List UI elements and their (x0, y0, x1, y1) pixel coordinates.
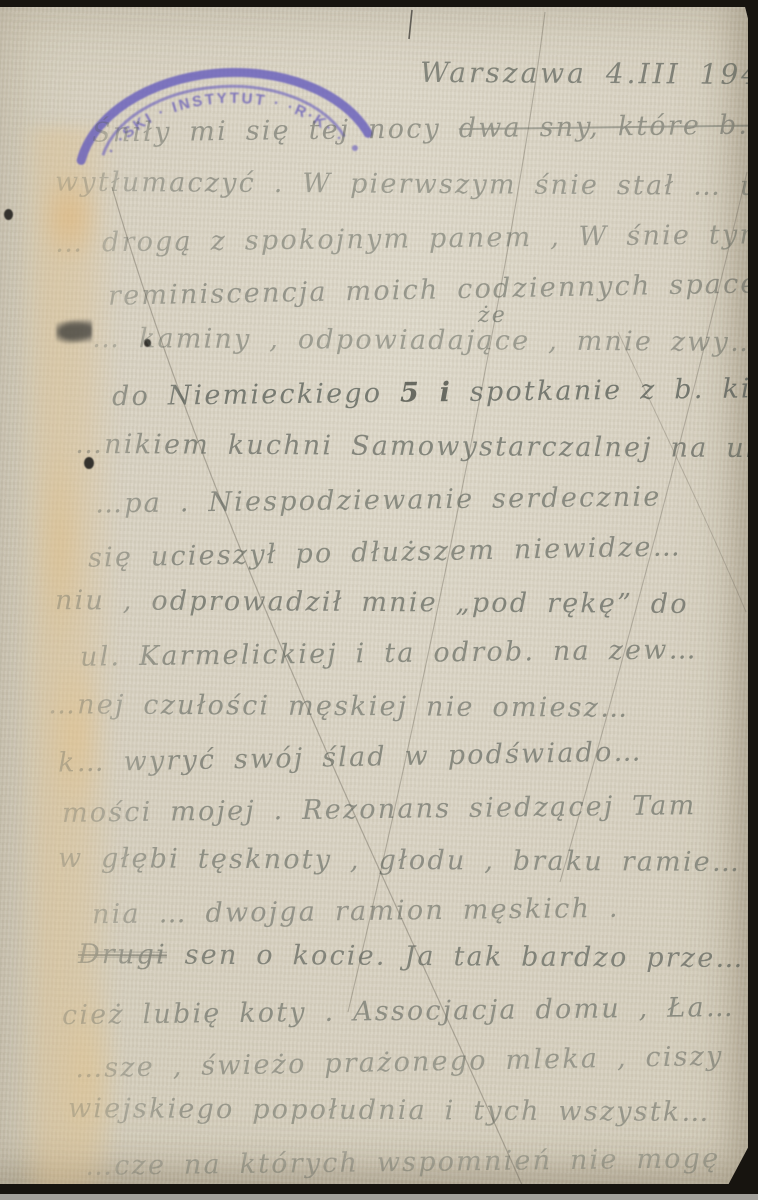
handwriting-line: niu , odprowadził mnie „pod rękę” do (55, 585, 689, 620)
scanner-bed-strip (0, 1194, 758, 1200)
handwriting-line: … kaminy , odpowiadające , mnie zwy… (92, 323, 748, 358)
handwriting-line: Drugi sen o kocie. Ja tak bardzo prze… (78, 939, 745, 974)
handwriting-line: …nej czułości męskiej nie omiesz… (48, 689, 630, 724)
line-text: sen o kocie. Ja tak bardzo prze… (167, 940, 745, 975)
handwriting-layer: Warszawa 4.III 1941 Śniły mi się tej noc… (0, 7, 748, 1184)
handwriting-line: …sze , świeżo prażonego mleka , ciszy (75, 1041, 724, 1084)
handwriting-line: …cze na których wspomnień nie mogę (85, 1143, 721, 1182)
handwriting-line: …nikiem kuchni Samowystarczalnej na ul. (75, 429, 748, 464)
handwriting-line: ul. Karmelickiej i ta odrob. na zew… (80, 634, 698, 673)
handwriting-line: w głębi tęsknoty , głodu , braku ramie… (58, 843, 741, 878)
handwriting-line: … drogą z spokojnym panem , W śnie tym j… (55, 218, 748, 259)
line-text: do Niemieckiego (112, 378, 400, 413)
date-line: Warszawa 4.III 1941 (420, 56, 748, 91)
scanned-letter-page: · ·SKI · INSTYTUT · ·R·K· · Warszawa 4.I… (0, 0, 758, 1200)
handwriting-line: reminiscencja moich codziennych spacerów (108, 267, 748, 312)
emphasized-text: 5 i (400, 377, 452, 409)
scribbled-word: Drugi (78, 939, 167, 971)
handwriting-line: wytłumaczyć . W pierwszym śnie stał … ul… (55, 167, 748, 203)
inserted-word: że (478, 303, 507, 328)
handwriting-line: nia … dwojga ramion męskich . (92, 893, 620, 930)
paper: · ·SKI · INSTYTUT · ·R·K· · Warszawa 4.I… (0, 7, 748, 1184)
handwriting-line: Śniły mi się tej nocy dwa sny, które b. … (92, 108, 748, 148)
handwriting-line: do Niemieckiego 5 i spotkanie z b. kie… (112, 373, 748, 412)
handwriting-line: mości mojej . Rezonans siedzącej Tam (62, 790, 697, 829)
handwriting-line: k… wyryć swój ślad w podświado… (58, 736, 643, 778)
handwriting-line: …pa . Niespodziewanie serdecznie (95, 482, 662, 520)
handwriting-line: cież lubię koty . Assocjacja domu , Ła… (62, 992, 735, 1031)
struck-text: dwa sny, które b. łatwo (459, 108, 748, 144)
line-text: spotkanie z b. kie… (452, 373, 748, 408)
line-text: Śniły mi się tej nocy (92, 113, 459, 148)
handwriting-line: wiejskiego popołudnia i tych wszystk… (68, 1093, 711, 1128)
handwriting-line: się ucieszył po dłuższem niewidze… (88, 531, 682, 573)
